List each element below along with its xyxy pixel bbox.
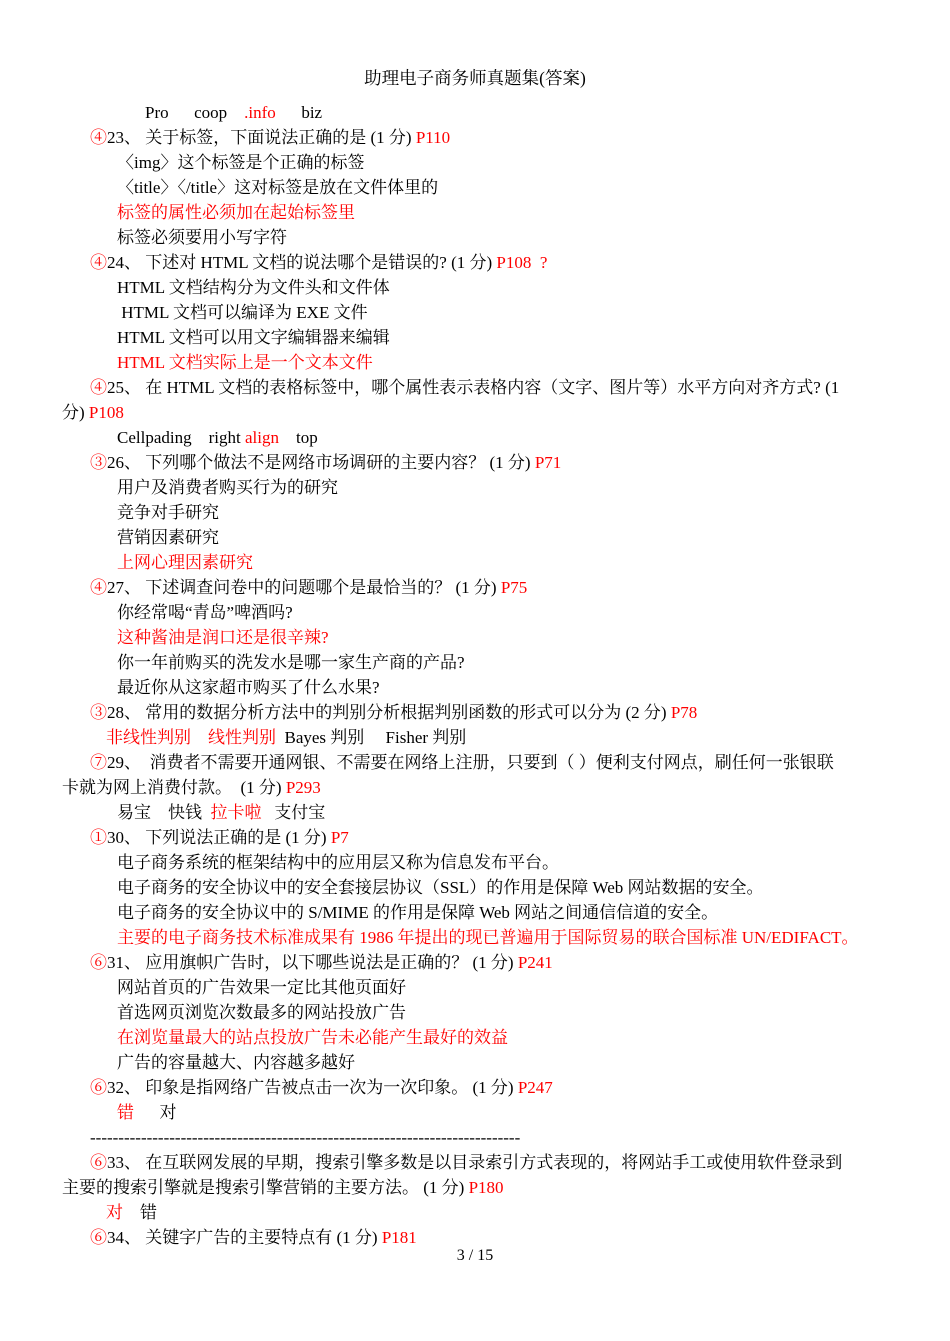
answer-text: HTML 文档实际上是一个文本文件 (117, 353, 373, 372)
answer-text: P293 (286, 778, 321, 797)
body-text: 33、 在互联网发展的早期，搜索引擎多数是以目录索引方式表现的，将网站手工或使用… (107, 1153, 842, 1172)
body-text: 电子商务的安全协议中的 S/MIME 的作用是保障 Web 网站之间通信信道的安… (117, 903, 718, 922)
body-text: 卡就为网上消费付款。 (1 分) (62, 778, 286, 797)
body-text: 你一年前购买的洗发水是哪一家生产商的产品? (117, 653, 465, 672)
answer-text: ⑦ (90, 753, 107, 772)
question-line: ③28、 常用的数据分析方法中的判别分析根据判别函数的形式可以分为 (2 分) … (0, 700, 950, 725)
answer-text: P71 (535, 453, 561, 472)
body-text: Bayes 判别 Fisher 判别 (276, 728, 466, 747)
question-continuation-line: 卡就为网上消费付款。 (1 分) P293 (0, 775, 950, 800)
body-text: 分) (62, 403, 89, 422)
answer-text: 上网心理因素研究 (117, 553, 253, 572)
body-text: ----------------------------------------… (90, 1128, 520, 1147)
body-text: 广告的容量越大、内容越多越好 (117, 1053, 355, 1072)
answer-text: align (245, 428, 279, 447)
answer-text: 线性判别 (208, 728, 276, 747)
question-line: ⑥33、 在互联网发展的早期，搜索引擎多数是以目录索引方式表现的，将网站手工或使… (0, 1150, 950, 1175)
body-text: 电子商务系统的框架结构中的应用层又称为信息发布平台。 (117, 853, 559, 872)
answer-text: 主要的电子商务技术标准成果有 1986 年提出的现已普遍用于国际贸易的联合国标准… (117, 928, 859, 947)
question-line: ④25、 在 HTML 文档的表格标签中，哪个属性表示表格内容（文字、图片等）水… (0, 375, 950, 400)
body-text: 易宝 快钱 (117, 803, 211, 822)
body-text: 〈img〉这个标签是个正确的标签 (117, 153, 364, 172)
answer-text: P180 (469, 1178, 504, 1197)
body-text: 竞争对手研究 (117, 503, 219, 522)
true-false-row: 对 错 (0, 1200, 950, 1225)
body-text: 25、 在 HTML 文档的表格标签中，哪个属性表示表格内容（文字、图片等）水平… (107, 378, 839, 397)
body-text: 30、 下列说法正确的是 (1 分) (107, 828, 331, 847)
body-text: HTML 文档可以编译为 EXE 文件 (117, 303, 368, 322)
document-title: 助理电子商务师真题集(答案) (0, 0, 950, 91)
answer-text: P181 (382, 1228, 417, 1247)
answer-text: ⑥ (90, 1153, 107, 1172)
body-text: 27、 下述调查问卷中的问题哪个是最恰当的？ (1 分) (107, 578, 501, 597)
answer-option-line: HTML 文档实际上是一个文本文件 (0, 350, 950, 375)
answer-text: ⑥ (90, 953, 107, 972)
question-continuation-line: 主要的搜索引擎就是搜索引擎营销的主要方法。 (1 分) P180 (0, 1175, 950, 1200)
answer-text: ③ (90, 703, 107, 722)
answer-text: ? (540, 253, 548, 272)
body-text (191, 728, 208, 747)
answer-text: ⑥ (90, 1228, 107, 1247)
body-text: 首选网页浏览次数最多的网站投放广告 (117, 1003, 406, 1022)
option-line: 你一年前购买的洗发水是哪一家生产商的产品? (0, 650, 950, 675)
option-line: 你经常喝“青岛”啤酒吗? (0, 600, 950, 625)
page-number: 3 / 15 (0, 1246, 950, 1266)
body-text: 标签必须要用小写字符 (117, 228, 287, 247)
option-line: 网站首页的广告效果一定比其他页面好 (0, 975, 950, 1000)
body-text: 26、 下列哪个做法不是网络市场调研的主要内容？ (1 分) (107, 453, 535, 472)
body-text: coop (194, 103, 244, 122)
body-text: top (279, 428, 318, 447)
answer-text: ④ (90, 378, 107, 397)
answer-option-line: 标签的属性必须加在起始标签里 (0, 200, 950, 225)
option-line: 用户及消费者购买行为的研究 (0, 475, 950, 500)
body-text: 〈title〉〈/title〉这对标签是放在文件体里的 (117, 178, 438, 197)
body-text: 营销因素研究 (117, 528, 219, 547)
body-text: 32、 印象是指网络广告被点击一次为一次印象。 (1 分) (107, 1078, 518, 1097)
answer-option-line: 在浏览量最大的站点投放广告未必能产生最好的效益 (0, 1025, 950, 1050)
body-text: 24、 下述对 HTML 文档的说法哪个是错误的? (1 分) (107, 253, 496, 272)
answer-text: P108 (496, 253, 531, 272)
body-text: 电子商务的安全协议中的安全套接层协议（SSL）的作用是保障 Web 网站数据的安… (117, 878, 764, 897)
answer-text: ⑥ (90, 1078, 107, 1097)
body-text: HTML 文档结构分为文件头和文件体 (117, 278, 390, 297)
options-row: Pro coop .info biz (0, 100, 950, 125)
answer-text: P7 (331, 828, 349, 847)
answer-text: 这种酱油是润口还是很辛辣? (117, 628, 329, 647)
question-line: ④23、 关于标签，下面说法正确的是 (1 分) P110 (0, 125, 950, 150)
answer-text: P110 (416, 128, 450, 147)
body-text: Cellpading right (117, 428, 245, 447)
answer-text: P75 (501, 578, 527, 597)
question-line: ⑥32、 印象是指网络广告被点击一次为一次印象。 (1 分) P247 (0, 1075, 950, 1100)
answer-text: ④ (90, 578, 107, 597)
document-page: 助理电子商务师真题集(答案) Pro coop .info biz④23、 关于… (0, 0, 950, 1341)
body-text: 29、 消费者不需要开通网银、不需要在网络上注册，只要到（ ）便利支付网点，刷任… (107, 753, 834, 772)
option-line: 电子商务系统的框架结构中的应用层又称为信息发布平台。 (0, 850, 950, 875)
option-line: 最近你从这家超市购买了什么水果? (0, 675, 950, 700)
body-text: 用户及消费者购买行为的研究 (117, 478, 338, 497)
options-row: 易宝 快钱 拉卡啦 支付宝 (0, 800, 950, 825)
answer-text: ④ (90, 253, 107, 272)
question-line: ⑦29、 消费者不需要开通网银、不需要在网络上注册，只要到（ ）便利支付网点，刷… (0, 750, 950, 775)
option-line: 〈title〉〈/title〉这对标签是放在文件体里的 (0, 175, 950, 200)
body-text (531, 253, 540, 272)
answer-text: 标签的属性必须加在起始标签里 (117, 203, 355, 222)
body-text: 28、 常用的数据分析方法中的判别分析根据判别函数的形式可以分为 (2 分) (107, 703, 671, 722)
body-text: 34、 关键字广告的主要特点有 (1 分) (107, 1228, 382, 1247)
body-text: biz (276, 103, 322, 122)
answer-text: ④ (90, 128, 107, 147)
body-text: 网站首页的广告效果一定比其他页面好 (117, 978, 406, 997)
option-line: 广告的容量越大、内容越多越好 (0, 1050, 950, 1075)
answer-text: P247 (518, 1078, 553, 1097)
answer-text: 拉卡啦 (211, 803, 262, 822)
question-line: ④24、 下述对 HTML 文档的说法哪个是错误的? (1 分) P108 ? (0, 250, 950, 275)
answer-text: P108 (89, 403, 124, 422)
question-continuation-line: 分) P108 (0, 400, 950, 425)
answer-option-line: 上网心理因素研究 (0, 550, 950, 575)
option-line: 竞争对手研究 (0, 500, 950, 525)
option-line: HTML 文档可以编译为 EXE 文件 (0, 300, 950, 325)
question-line: ⑥31、 应用旗帜广告时，以下哪些说法是正确的？ (1 分) P241 (0, 950, 950, 975)
option-line: HTML 文档结构分为文件头和文件体 (0, 275, 950, 300)
section-divider: ----------------------------------------… (0, 1125, 950, 1150)
question-line: ③26、 下列哪个做法不是网络市场调研的主要内容？ (1 分) P71 (0, 450, 950, 475)
answer-text: P241 (518, 953, 553, 972)
answer-text: 非线性判别 (106, 728, 191, 747)
body-text: 23、 关于标签，下面说法正确的是 (1 分) (107, 128, 416, 147)
answer-option-line: 主要的电子商务技术标准成果有 1986 年提出的现已普遍用于国际贸易的联合国标准… (0, 925, 950, 950)
options-row: 非线性判别 线性判别 Bayes 判别 Fisher 判别 (0, 725, 950, 750)
answer-text: 对 (106, 1203, 123, 1222)
body-text: 主要的搜索引擎就是搜索引擎营销的主要方法。 (1 分) (62, 1178, 469, 1197)
answer-option-line: 这种酱油是润口还是很辛辣? (0, 625, 950, 650)
body-text: Pro (145, 103, 194, 122)
answer-text: ① (90, 828, 107, 847)
body-text: 支付宝 (262, 803, 326, 822)
body-text: 最近你从这家超市购买了什么水果? (117, 678, 380, 697)
body-text: 错 (123, 1203, 157, 1222)
body-text: 31、 应用旗帜广告时，以下哪些说法是正确的？ (1 分) (107, 953, 518, 972)
option-line: 营销因素研究 (0, 525, 950, 550)
document-body: Pro coop .info biz④23、 关于标签，下面说法正确的是 (1 … (0, 100, 950, 1250)
answer-text: 错 (117, 1103, 134, 1122)
true-false-row: 错 对 (0, 1100, 950, 1125)
body-text: HTML 文档可以用文字编辑器来编辑 (117, 328, 390, 347)
option-line: HTML 文档可以用文字编辑器来编辑 (0, 325, 950, 350)
answer-text: P78 (671, 703, 697, 722)
options-row: Cellpading right align top (0, 425, 950, 450)
question-line: ①30、 下列说法正确的是 (1 分) P7 (0, 825, 950, 850)
option-line: 〈img〉这个标签是个正确的标签 (0, 150, 950, 175)
answer-text: 在浏览量最大的站点投放广告未必能产生最好的效益 (117, 1028, 508, 1047)
answer-text: .info (244, 103, 276, 122)
option-line: 电子商务的安全协议中的安全套接层协议（SSL）的作用是保障 Web 网站数据的安… (0, 875, 950, 900)
option-line: 标签必须要用小写字符 (0, 225, 950, 250)
question-line: ④27、 下述调查问卷中的问题哪个是最恰当的？ (1 分) P75 (0, 575, 950, 600)
option-line: 首选网页浏览次数最多的网站投放广告 (0, 1000, 950, 1025)
body-text: 你经常喝“青岛”啤酒吗? (117, 603, 293, 622)
answer-text: ③ (90, 453, 107, 472)
body-text: 对 (134, 1103, 177, 1122)
option-line: 电子商务的安全协议中的 S/MIME 的作用是保障 Web 网站之间通信信道的安… (0, 900, 950, 925)
